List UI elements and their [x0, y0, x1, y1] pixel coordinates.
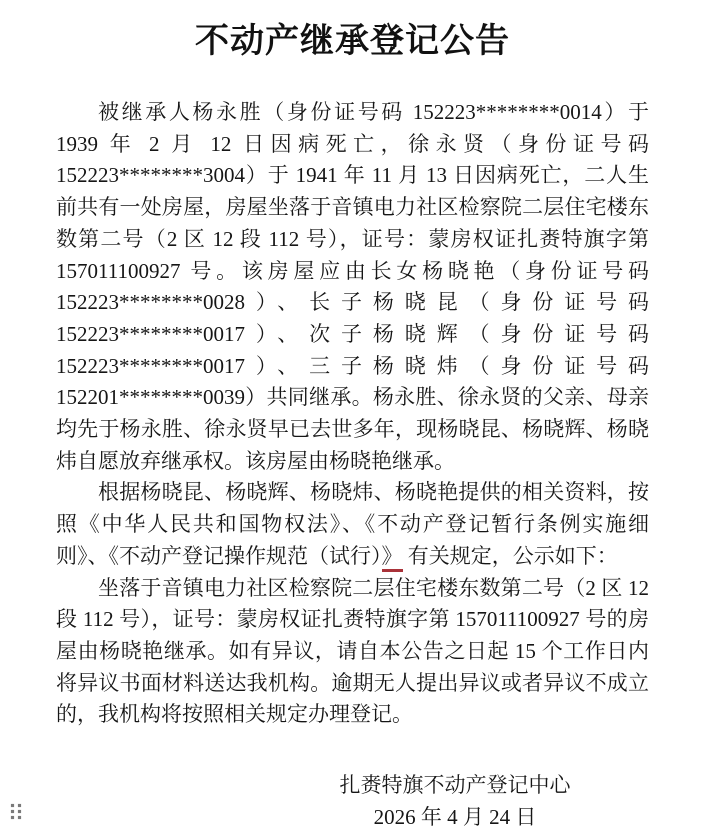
document-title: 不动产继承登记公告: [56, 20, 649, 64]
signature-block: 扎赉特旗不动产登记中心 2026 年 4 月 24 日: [295, 770, 615, 833]
drag-handle-icon[interactable]: [11, 804, 21, 819]
grip-dot: [18, 816, 21, 819]
paragraph-legal-basis: 根据杨晓昆、杨晓辉、杨晓炜、杨晓艳提供的相关资料，按照《中华人民共和国物权法》、…: [56, 477, 649, 572]
document-page: { "doc": { "title": "不动产继承登记公告", "paragr…: [0, 0, 705, 833]
grip-dot: [11, 810, 14, 813]
issue-date: 2026 年 4 月 24 日: [295, 802, 615, 833]
grip-dot: [18, 810, 21, 813]
paragraph-public-notice: 坐落于音镇电力社区检察院二层住宅楼东数第二号（2 区 12 段 112 号），证…: [56, 573, 649, 732]
grip-dot: [11, 804, 14, 807]
legal-basis-tail: 有关规定，公示如下：: [403, 544, 618, 568]
document-body: 被继承人杨永胜（身份证号码 152223********0014）于 1939 …: [56, 97, 649, 731]
grip-dot: [11, 816, 14, 819]
red-underlined-bracket: 》: [382, 544, 403, 572]
announcement-document: 不动产继承登记公告 被继承人杨永胜（身份证号码 152223********00…: [0, 0, 705, 833]
issuing-authority: 扎赉特旗不动产登记中心: [295, 770, 615, 802]
paragraph-intro-heirs: 被继承人杨永胜（身份证号码 152223********0014）于 1939 …: [56, 97, 649, 477]
grip-dot: [18, 804, 21, 807]
